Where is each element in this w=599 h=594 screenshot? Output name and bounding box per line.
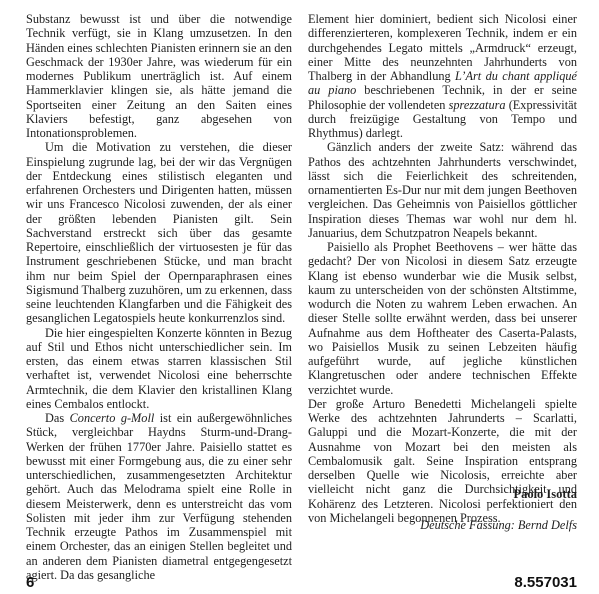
- left-column: Substanz bewusst ist und über die notwen…: [26, 12, 292, 582]
- catalogue-number: 8.557031: [514, 574, 577, 591]
- text: Das: [45, 411, 70, 425]
- author-signature: Paolo Isotta: [513, 487, 577, 502]
- translation-credit: Deutsche Fassung: Bernd Delfs: [420, 518, 577, 533]
- term: sprezzatura: [449, 98, 506, 112]
- paragraph: Die hier eingespielten Konzerte könnten …: [26, 326, 292, 412]
- paragraph: Paisiello als Prophet Beethovens – wer h…: [308, 240, 577, 397]
- paragraph: Um die Motivation zu verstehen, die dies…: [26, 140, 292, 325]
- paragraph: Element hier dominiert, bedient sich Nic…: [308, 12, 577, 140]
- work-title: Concerto g-Moll: [70, 411, 155, 425]
- paragraph: Gänzlich anders der zweite Satz: während…: [308, 140, 577, 240]
- right-column: Element hier dominiert, bedient sich Nic…: [308, 12, 577, 525]
- paragraph: Der große Arturo Benedetti Michelangeli …: [308, 397, 577, 525]
- page-number: 6: [26, 574, 34, 591]
- paragraph: Substanz bewusst ist und über die notwen…: [26, 12, 292, 140]
- paragraph: Das Concerto g-Moll ist ein außergewöhnl…: [26, 411, 292, 582]
- text: ist ein außergewöhnliches Stück, verglei…: [26, 411, 292, 582]
